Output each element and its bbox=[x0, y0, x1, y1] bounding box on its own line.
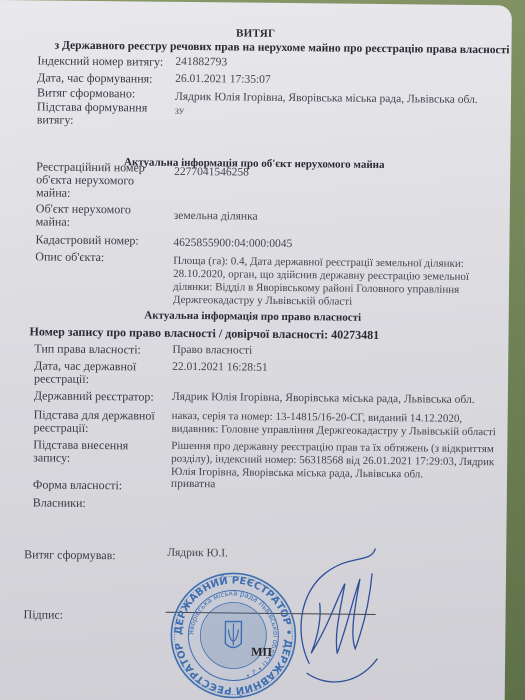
ownership-section-heading: Актуальна інформація про право власності bbox=[0, 308, 509, 325]
field-label: Дата, час формування: bbox=[37, 71, 167, 85]
field-label: Кадастровий номер: bbox=[35, 233, 165, 247]
field-label: Державний реєстратор: bbox=[34, 389, 174, 403]
signature-icon bbox=[289, 543, 386, 694]
field-value: наказ, серія та номер: 13-14815/16-20-СГ… bbox=[171, 410, 511, 440]
field-value: приватна bbox=[171, 478, 521, 495]
field-value: ЗУ bbox=[175, 105, 525, 122]
official-stamp-icon: ДЕРЖАВНИЙ РЕЄСТРАТОР • ДЕРЖАВНИЙ РЕЄСТРА… bbox=[169, 571, 298, 700]
field-value: 2277041546258 bbox=[174, 166, 524, 183]
field-label: Об'єкт нерухомого майна: bbox=[36, 202, 166, 229]
field-label: Опис об'єкта: bbox=[35, 250, 165, 264]
document-page: ВИТЯГ з Державного реєстру речових прав … bbox=[0, 0, 512, 700]
field-value: Рішення про державну реєстрацію прав та … bbox=[171, 440, 511, 483]
ownership-record-number: Номер запису про право власності / довір… bbox=[29, 324, 379, 343]
record-label: Номер запису про право власності / довір… bbox=[29, 324, 328, 341]
signature-label: Підпис: bbox=[23, 608, 153, 622]
field-label: Підстава формування витягу: bbox=[37, 100, 167, 127]
field-value: 241882793 bbox=[175, 56, 525, 73]
field-value: Право власності bbox=[172, 344, 522, 361]
field-label: Дата, час державної реєстрації: bbox=[34, 359, 164, 386]
field-label: Витяг сформовано: bbox=[37, 86, 167, 100]
field-label: Підстава для державної реєстрації: bbox=[33, 408, 163, 435]
field-value: Площа (га): 0.4, Дата державної реєстрац… bbox=[173, 255, 474, 310]
field-value: 22.01.2021 16:28:51 bbox=[172, 361, 522, 378]
field-label: Реєстраційний номер об'єкта нерухомого м… bbox=[36, 160, 166, 200]
field-value bbox=[171, 498, 521, 502]
field-value: Лядрик Юлія Ігорівна, Яворівська міська … bbox=[172, 391, 522, 408]
field-value: 26.01.2021 17:35:07 bbox=[175, 73, 525, 90]
formed-by-label: Витяг сформував: bbox=[24, 548, 154, 562]
field-label: Підстава внесення запису: bbox=[33, 438, 143, 465]
stamp-mark: МП bbox=[251, 645, 272, 660]
field-label: Власники: bbox=[33, 496, 163, 510]
field-label: Форма власності: bbox=[33, 478, 163, 492]
record-number: 40273481 bbox=[331, 327, 379, 342]
field-value: земельна ділянка bbox=[174, 210, 524, 227]
field-label: Тип права власності: bbox=[34, 342, 164, 356]
field-value: 4625855900:04:000:0045 bbox=[173, 237, 523, 254]
field-label: Індексний номер витягу: bbox=[37, 54, 167, 68]
